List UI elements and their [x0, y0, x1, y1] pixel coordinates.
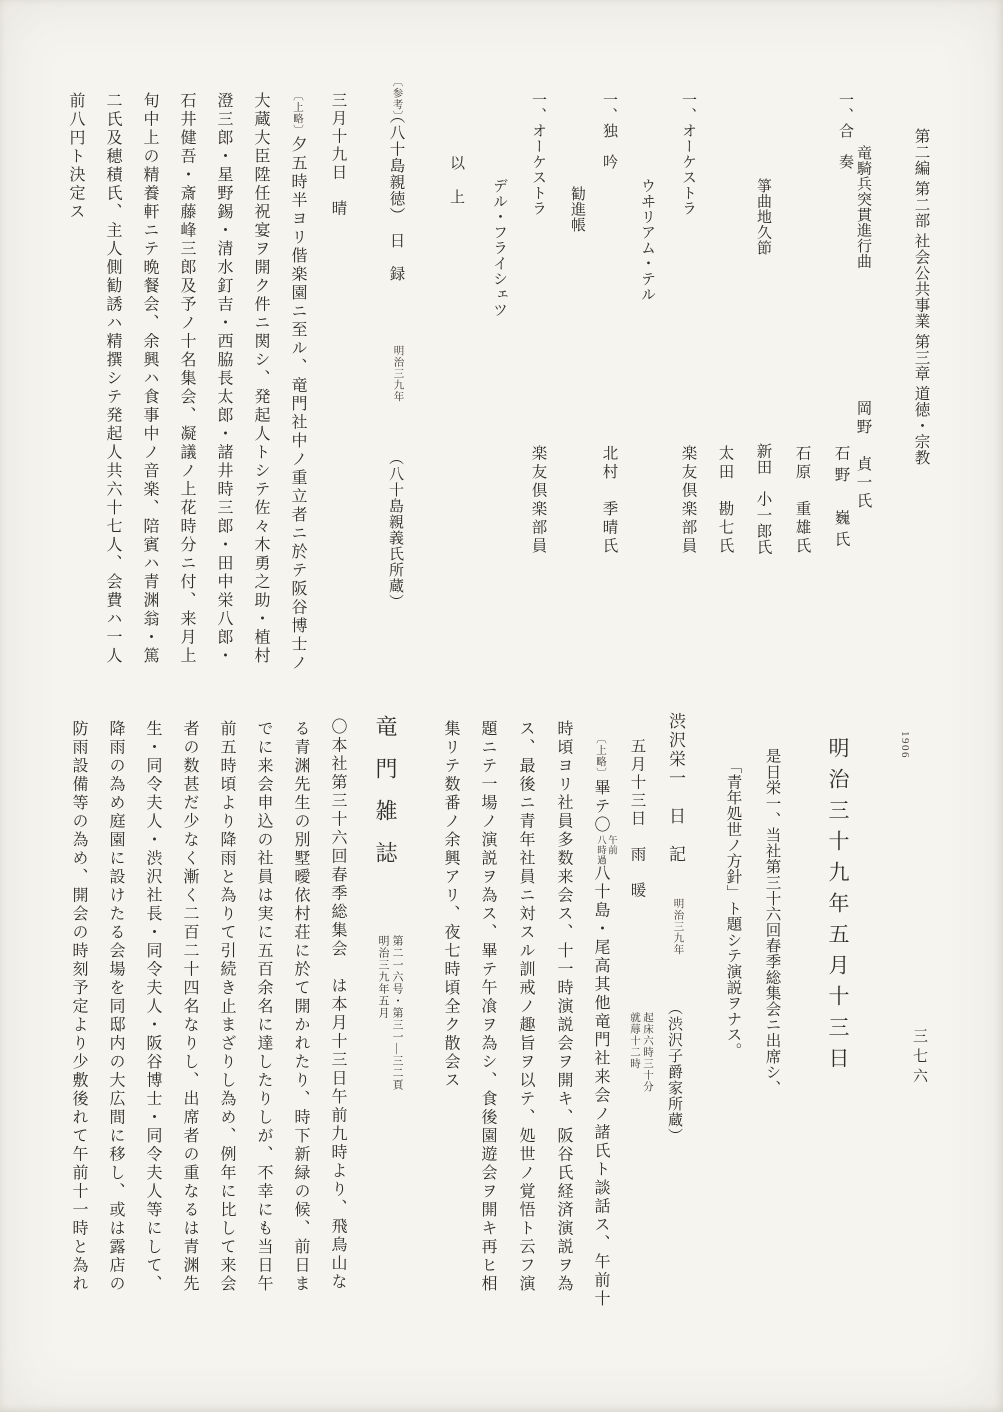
diary-margin-note: 起床六時三十分 就蓐十二時	[628, 1012, 654, 1093]
diary-note-wake: 起床六時三十分	[641, 1012, 654, 1093]
program-piece3-label: 一、オーケストラ	[680, 92, 695, 216]
program-piece2-subtitle: 箏曲地久節	[755, 178, 770, 256]
reference-body-line-6: 二氏及穂積氏、主人側勧誘ハ精撰シテ発起人共六十七人、会費ハ一人	[104, 92, 120, 666]
magazine-title: 竜門雑誌	[374, 715, 396, 883]
program-piece5-subtitle: デル・フライシェツ	[491, 178, 506, 318]
diary-note-sleep: 就蓐十二時	[628, 1012, 641, 1093]
program-closing: 以 上	[448, 155, 463, 206]
magazine-date: 明治三九年五月	[376, 935, 390, 1091]
magazine-body-line-1: 〇本社第三十六回春季総集会 は本月十三日午前九時より、飛鳥山な	[329, 718, 345, 1292]
program-piece2-performer-1: 石野 巍氏	[833, 445, 849, 553]
program-piece5-performer: 楽友倶楽部員	[530, 445, 546, 556]
reference-source-owner: （八十島親義氏所蔵）	[387, 450, 402, 610]
reference-body-line-1-text: 夕五時半ヨリ偕楽園ニ至ル、竜門社中ノ重立者ニ於テ阪谷博士ノ	[289, 136, 306, 673]
scanned-book-page: 第二編 第二部 社会公共事業 第三章 道徳・宗教 竜騎兵突貫進行曲 岡野 貞一氏…	[0, 0, 1003, 1412]
reference-body-line-2: 大蔵大臣陞任祝宴ヲ開ク件ニ関シ、発起人トシテ佐々木勇之助・植村	[252, 92, 268, 666]
reference-body-line-5: 旬中上の精養軒ニテ晩餐会、余興ハ食事中ノ音楽、陪賓ハ青渊翁・篤	[141, 92, 157, 666]
reference-body-line-7: 前八円ト決定ス	[67, 92, 83, 222]
program-piece2-performer-4: 太田 勘七氏	[717, 445, 733, 556]
diary-body-line-1-post: 八十島・尾高其他竜門社来会ノ諸氏ト談話ス、午前十	[592, 865, 609, 1309]
reference-body-line-3: 澄三郎・星野錫・清水釘吉・西脇長太郎・諸井時三郎・田中栄八郎・	[215, 92, 231, 666]
program-piece1-performer: 岡野 貞一氏	[855, 400, 871, 511]
running-head: 第二編 第二部 社会公共事業 第三章 道徳・宗教	[913, 128, 929, 466]
diary-source-year: 明治三九年	[672, 898, 683, 956]
magazine-body-line-7: 降雨の為め庭園に設けたる会場を同邸内の大広間に移し、或は露店の	[107, 720, 123, 1294]
diary-body-line-1: 〔上略〕畢テ〇午前八時過八十島・尾高其他竜門社来会ノ諸氏ト談話ス、午前十	[591, 733, 619, 1309]
entry-summary-line-1: 是日栄一、当社第三十六回春季総集会ニ出席シ、	[764, 748, 780, 1096]
reference-body-line-1: 〔上略〕夕五時半ヨリ偕楽園ニ至ル、竜門社中ノ重立者ニ於テ阪谷博士ノ	[289, 90, 305, 673]
program-piece4-performer: 北村 季晴氏	[601, 445, 617, 556]
omission-mark-bottom: 〔上略〕	[595, 733, 606, 779]
magazine-body-line-2: る青渊先生の別墅曖依村荘に於て開かれたり、時下新緑の候、前日ま	[292, 720, 308, 1294]
diary-body-line-3: ス、最後ニ青年社員ニ対スル訓戒ノ趣旨ヲ以テ、処世ノ覚悟ト云フ演	[517, 720, 533, 1294]
program-piece4-label: 一、独 吟	[601, 92, 616, 170]
diary-body-line-4: 題ニテ一場ノ演説ヲ為ス、畢テ午飡ヲ為シ、食後園遊会ヲ開キ再ヒ相	[479, 720, 495, 1294]
program-piece3-subtitle: ウヰリアム・テル	[639, 178, 654, 302]
diary-body-line-1-pre: 畢テ〇	[592, 779, 609, 835]
reference-date-line: 三月十九日 晴	[330, 92, 346, 218]
program-piece2-label: 一、合 奏	[837, 92, 852, 170]
program-piece5-label: 一、オーケストラ	[530, 92, 545, 216]
program-piece2-performer-3: 新田 小一郎氏	[755, 443, 771, 555]
diary-source-title: 渋沢栄一 日 記	[667, 712, 684, 864]
warichu-col-2: 八時過	[594, 835, 605, 865]
warichu-col-1: 午前	[605, 835, 616, 865]
magazine-body-line-4: 前五時頃より降雨と為りて引続き止まざりし為め、例年に比して来会	[218, 720, 234, 1294]
magazine-body-line-3: でに来会申込の社員は実に五百余名に達したりしが、不幸にも当日午	[255, 720, 271, 1294]
reference-body-line-4: 石井健吾・斎藤峰三郎及予ノ十名集会、凝議ノ上花時分ニ付、来月上	[178, 92, 194, 666]
entry-summary-line-2: 「青年処世ノ方針」ト題シテ演説ヲナス。	[725, 758, 741, 1058]
page-number: 三七六	[911, 1028, 926, 1088]
magazine-citation: 第二一六号・第三一―三二頁 明治三九年五月	[376, 935, 404, 1091]
magazine-body-line-6: 生・同令夫人・渋沢社長・同令夫人・阪谷博士・同令夫人等にして、	[144, 720, 160, 1294]
magazine-body-line-5: 者の数甚だ少なく漸く二百二十四名なりし、出席者の重なるは青渊先	[181, 720, 197, 1294]
magazine-issue: 第二一六号・第三一―三二頁	[390, 935, 404, 1091]
program-piece4-subtitle: 勧進帳	[569, 186, 584, 233]
reference-source-year: 明治三九年	[392, 345, 403, 403]
program-piece2-performer-2: 石原 重雄氏	[794, 445, 810, 556]
program-piece3-performer: 楽友倶楽部員	[680, 445, 696, 556]
entry-heading: 明治三十九年五月十三日	[827, 737, 848, 1078]
diary-body-line-2: 時頃ヨリ社員多数来会ス、十一時演説会ヲ開キ、阪谷氏経済演説ヲ為	[555, 720, 571, 1294]
diary-source-owner: （渋沢子爵家所蔵）	[666, 1000, 681, 1144]
diary-body-line-5: 集リテ数番ノ余興アリ、夜七時頃全ク散会ス	[442, 720, 458, 1090]
magazine-body-line-8: 防雨設備等の為め、開会の時刻予定より少敷後れて午前十一時と為れ	[70, 720, 86, 1294]
omission-mark-top: 〔上略〕	[292, 90, 303, 136]
warichu-time-note: 午前八時過	[594, 835, 616, 865]
program-piece1-title: 竜騎兵突貫進行曲	[855, 145, 870, 269]
reference-source-title: （八十島親徳） 日 録	[388, 108, 404, 282]
diary-date-line: 五月十三日 雨 暖	[629, 738, 645, 900]
entry-year-western: 1906	[899, 731, 910, 759]
